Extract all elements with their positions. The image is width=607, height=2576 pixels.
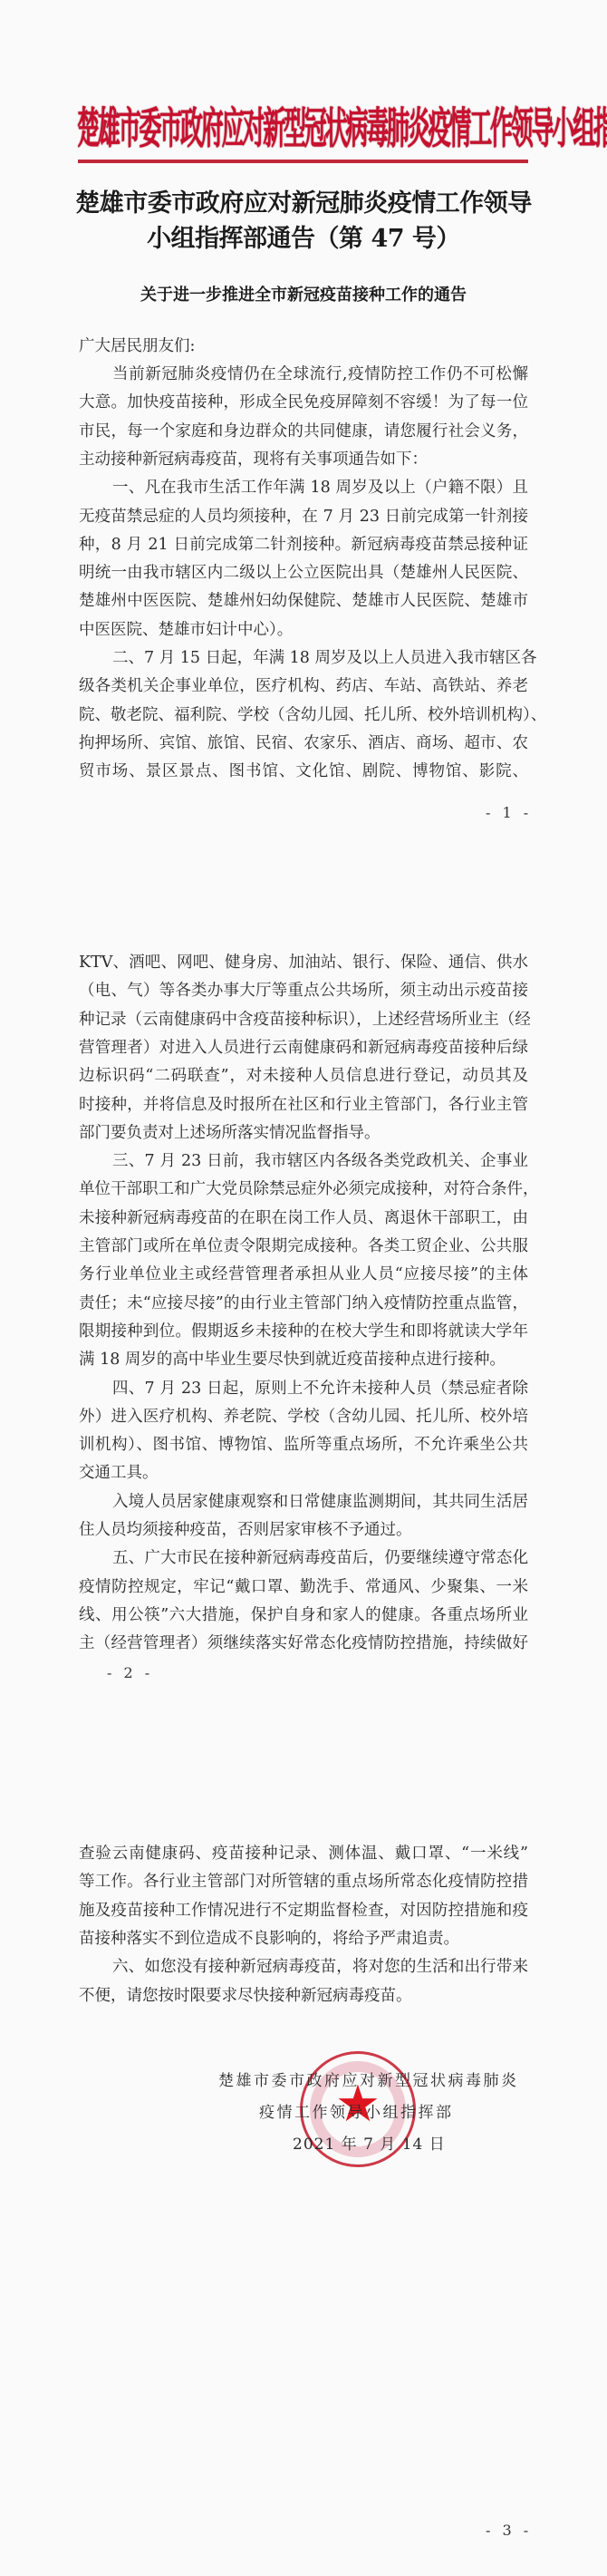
paragraph-line: 四、7 月 23 日起，原则上不允许未接种人员（禁忌症者除 bbox=[112, 1375, 528, 1403]
notice-title-line2: 小组指挥部通告（第 47 号） bbox=[54, 221, 553, 257]
paragraph-line: 外）进入医疗机构、养老院、学校（含幼儿园、托儿所、校外培 bbox=[79, 1403, 528, 1431]
paragraph-line: 大意。加快疫苗接种，形成全民免疫屏障刻不容缓！为了每一位 bbox=[79, 389, 528, 417]
greeting: 广大居民朋友们: bbox=[79, 333, 528, 361]
paragraph-line: 未接种新冠病毒疫苗的在职在岗工作人员、离退休干部职工，由 bbox=[79, 1205, 528, 1233]
paragraph-line: 主管部门或所在单位责令限期完成接种。各类工贸企业、公共服 bbox=[79, 1233, 528, 1261]
paragraph-line: 三、7 月 23 日前，我市辖区内各级各类党政机关、企事业 bbox=[112, 1148, 528, 1176]
paragraph-line: 入境人员居家健康观察和日常健康监测期间，其共同生活居 bbox=[112, 1488, 528, 1516]
paragraph-line: 一、凡在我市生活工作年满 18 周岁及以上（户籍不限）且 bbox=[112, 474, 528, 502]
paragraph-line: 主动接种新冠病毒疫苗，现将有关事项通告如下： bbox=[79, 446, 528, 474]
paragraph-line: 种记录（云南健康码中含疫苗接种标识），上述经营场所业主（经 bbox=[79, 1006, 528, 1034]
paragraph-line: 苗接种落实不到位造成不良影响的，将给予严肃追责。 bbox=[79, 1925, 528, 1953]
red-header-rule bbox=[78, 160, 528, 163]
paragraph-line: 营管理者）对进入人员进行云南健康码和新冠病毒疫苗接种后绿 bbox=[79, 1034, 528, 1062]
paragraph-line: 边标识码“二码联查”，对未接种人员信息进行登记，动员其及 bbox=[79, 1062, 528, 1090]
paragraph-line: 务行业单位业主或经营管理者承担从业人员“应接尽接”的主体 bbox=[79, 1261, 528, 1289]
paragraph-line: （电、气）等各类办事大厅等重点公共场所，须主动出示疫苗接 bbox=[79, 977, 528, 1005]
paragraph-line: 查验云南健康码、疫苗接种记录、测体温、戴口罩、“一米线” bbox=[79, 1840, 528, 1868]
page-number-2: - 2 - bbox=[107, 1664, 153, 1682]
paragraph-line: 责任；未“应接尽接”的由行业主管部门纳入疫情防控重点监管， bbox=[79, 1290, 528, 1318]
paragraph-line: 六、如您没有接种新冠病毒疫苗，将对您的生活和出行带来 bbox=[112, 1953, 528, 1981]
paragraph-line: 五、广大市民在接种新冠病毒疫苗后，仍要继续遵守常态化 bbox=[112, 1545, 528, 1573]
paragraph-line: 贸市场、景区景点、图书馆、文化馆、剧院、博物馆、影院、 bbox=[79, 758, 528, 786]
paragraph-line: 楚雄州中医医院、楚雄州妇幼保健院、楚雄市人民医院、楚雄市 bbox=[79, 587, 528, 615]
page-number-1: - 1 - bbox=[486, 804, 532, 822]
paragraph-line: 线、用公筷”六大措施，保护自身和家人的健康。各重点场所业 bbox=[79, 1602, 528, 1630]
paragraph-line: 二、7 月 15 日起，年满 18 周岁及以上人员进入我市辖区各 bbox=[112, 644, 528, 673]
paragraph-line: 院、敬老院、福利院、学校（含幼儿园、托儿所、校外培训机构）、 bbox=[79, 702, 528, 730]
paragraph-line: 满 18 周岁的高中毕业生要尽快到就近疫苗接种点进行接种。 bbox=[79, 1346, 528, 1374]
paragraph-line: 级各类机关企事业单位，医疗机构、药店、车站、高铁站、养老 bbox=[79, 673, 528, 701]
paragraph-line: 主（经营管理者）须继续落实好常态化疫情防控措施，持续做好 bbox=[79, 1630, 528, 1658]
paragraph-line: 拘押场所、宾馆、旅馆、民宿、农家乐、酒店、商场、超市、农 bbox=[79, 730, 528, 758]
notice-title-line1: 楚雄市委市政府应对新冠肺炎疫情工作领导 bbox=[54, 186, 553, 222]
paragraph-line: KTV、酒吧、网吧、健身房、加油站、银行、保险、通信、供水 bbox=[79, 949, 528, 977]
issuing-authority-red-header: 楚雄市委市政府应对新型冠状病毒肺炎疫情工作领导小组指挥部 bbox=[77, 76, 527, 183]
signature-org-line2: 疫情工作领导小组指挥部 bbox=[259, 2099, 454, 2126]
paragraph-line: 种，8 月 21 日前完成第二针剂接种。新冠病毒疫苗禁忌接种证 bbox=[79, 531, 528, 559]
paragraph-line: 施及疫苗接种工作情况进行不定期监督检查，对因防控措施和疫 bbox=[79, 1897, 528, 1925]
paragraph-line: 中医医院、楚雄市妇计中心）。 bbox=[79, 616, 528, 644]
paragraph-line: 当前新冠肺炎疫情仍在全球流行,疫情防控工作仍不可松懈 bbox=[112, 361, 528, 389]
signature-date: 2021 年 7 月 14 日 bbox=[293, 2131, 446, 2158]
paragraph-line: 住人员均须接种疫苗，否则居家审核不予通过。 bbox=[79, 1516, 528, 1545]
paragraph-line: 等工作。各行业主管部门对所管辖的重点场所常态化疫情防控措 bbox=[79, 1868, 528, 1896]
notice-subtitle: 关于进一步推进全市新冠疫苗接种工作的通告 bbox=[54, 283, 553, 308]
paragraph-line: 训机构）、图书馆、博物馆、监所等重点场所，不允许乘坐公共 bbox=[79, 1431, 528, 1459]
paragraph-line: 部门要负责对上述场所落实情况监督指导。 bbox=[79, 1119, 528, 1148]
paragraph-line: 时接种，并将信息及时报所在社区和行业主管部门，各行业主管 bbox=[79, 1091, 528, 1119]
paragraph-line: 市民，每一个家庭和身边群众的共同健康，请您履行社会义务， bbox=[79, 418, 528, 446]
paragraph-line: 限期接种到位。假期返乡未接种的在校大学生和即将就读大学年 bbox=[79, 1318, 528, 1346]
paragraph-line: 无疫苗禁忌症的人员均须接种，在 7 月 23 日前完成第一针剂接 bbox=[79, 503, 528, 531]
paragraph-line: 疫情防控规定，牢记“戴口罩、勤洗手、常通风、少聚集、一米 bbox=[79, 1574, 528, 1602]
paragraph-line: 不便，请您按时限要求尽快接种新冠病毒疫苗。 bbox=[79, 1982, 528, 2010]
page-number-3: - 3 - bbox=[486, 2522, 532, 2540]
paragraph-line: 单位干部职工和广大党员除禁忌症外必须完成接种，对符合条件， bbox=[79, 1176, 528, 1204]
paragraph-line: 交通工具。 bbox=[79, 1459, 528, 1487]
signature-org-line1: 楚雄市委市政府应对新型冠状病毒肺炎 bbox=[218, 2068, 519, 2095]
paragraph-line: 明统一由我市辖区内二级以上公立医院出具（楚雄州人民医院、 bbox=[79, 559, 528, 587]
